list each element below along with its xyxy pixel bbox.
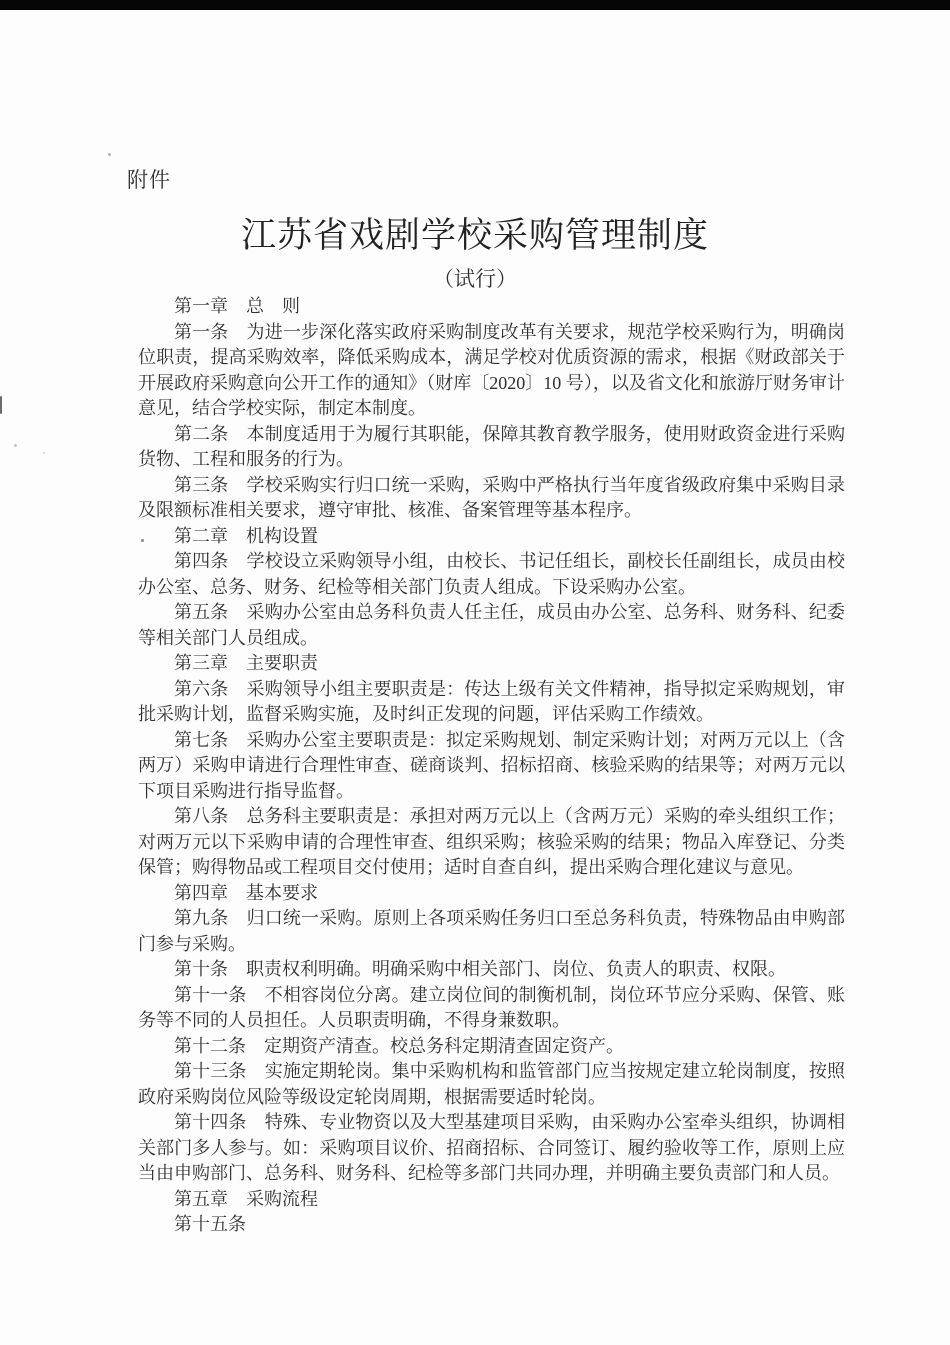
article-paragraph: 第六条 采购领导小组主要职责是：传达上级有关文件精神，指导拟定采购规划，审批采购… [138,677,845,728]
article-paragraph: 第九条 归口统一采购。原则上各项采购任务归口至总务科负责，特殊物品由申购部门参与… [138,906,845,957]
chapter-heading: 第四章 基本要求 [138,881,845,907]
document-body: 第一章 总 则第一条 为进一步深化落实政府采购制度改革有关要求，规范学校采购行为… [138,294,845,1238]
chapter-heading: 第一章 总 则 [138,294,845,320]
scanned-document-page: 附件 江苏省戏剧学校采购管理制度 （试行） 第一章 总 则第一条 为进一步深化落… [0,0,950,1345]
article-paragraph: 第八条 总务科主要职责是：承担对两万元以上（含两万元）采购的牵头组织工作；对两万… [138,804,845,881]
article-paragraph: 第三条 学校采购实行归口统一采购，采购中严格执行当年度省级政府集中采购目录及限额… [138,473,845,524]
article-paragraph: 第十五条 [138,1212,845,1238]
scan-edge-artifact-top [0,0,950,10]
article-paragraph: 第一条 为进一步深化落实政府采购制度改革有关要求，规范学校采购行为，明确岗位职责… [138,320,845,422]
article-paragraph: 第十条 职责权利明确。明确采购中相关部门、岗位、负责人的职责、权限。 [138,957,845,983]
chapter-heading: 第五章 采购流程 [138,1187,845,1213]
scan-speck [108,153,111,156]
scan-speck [43,452,45,454]
article-paragraph: 第十四条 特殊、专业物资以及大型基建项目采购，由采购办公室牵头组织，协调相关部门… [138,1110,845,1187]
article-paragraph: 第十一条 不相容岗位分离。建立岗位间的制衡机制，岗位环节应分采购、保管、账务等不… [138,983,845,1034]
chapter-heading: 第三章 主要职责 [138,651,845,677]
document-subtitle: （试行） [0,263,950,293]
article-paragraph: 第十三条 实施定期轮岗。集中采购机构和监管部门应当按规定建立轮岗制度，按照政府采… [138,1059,845,1110]
scan-speck [14,444,17,447]
article-paragraph: 第五条 采购办公室由总务科负责人任主任，成员由办公室、总务科、财务科、纪委等相关… [138,600,845,651]
chapter-heading: 第二章 机构设置 [138,524,845,550]
document-title: 江苏省戏剧学校采购管理制度 [0,208,950,258]
scan-edge-artifact-left [0,396,2,414]
article-paragraph: 第七条 采购办公室主要职责是：拟定采购规划、制定采购计划；对两万元以上（含两万）… [138,728,845,805]
article-paragraph: 第十二条 定期资产清查。校总务科定期清查固定资产。 [138,1034,845,1060]
article-paragraph: 第二条 本制度适用于为履行其职能，保障其教育教学服务，使用财政资金进行采购货物、… [138,422,845,473]
article-paragraph: 第四条 学校设立采购领导小组，由校长、书记任组长，副校长任副组长，成员由校办公室… [138,549,845,600]
attachment-label: 附件 [127,164,171,194]
